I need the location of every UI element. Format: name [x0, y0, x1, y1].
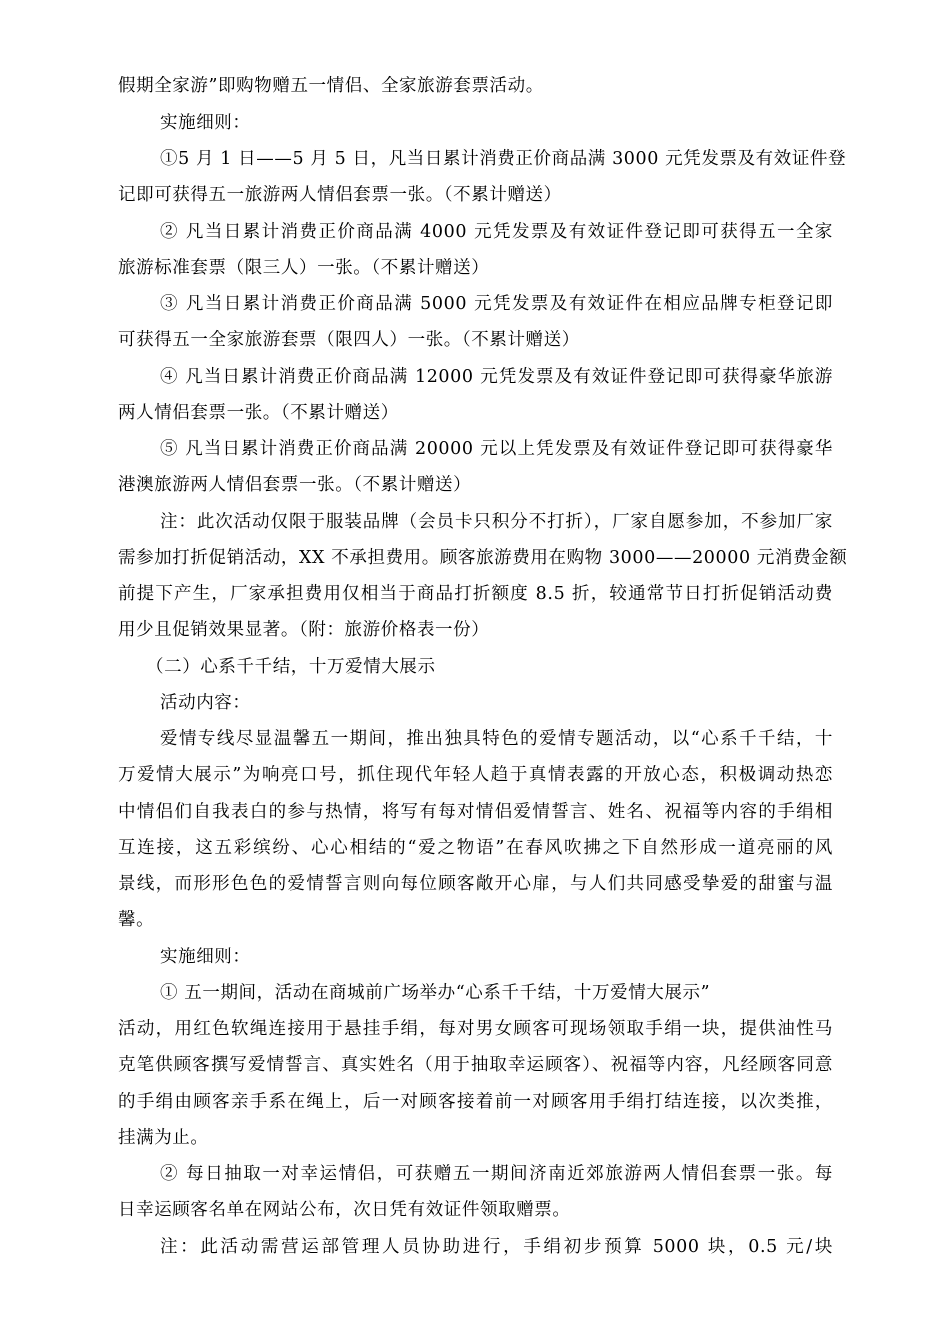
paragraph-line: 馨。: [118, 908, 833, 932]
paragraph-line: 爱情专线尽显温馨五一期间，推出独具特色的爱情专题活动，以“心系千千结，十: [160, 727, 833, 751]
paragraph-line: 用少且促销效果显著。（附：旅游价格表一份）: [118, 618, 833, 642]
paragraph-line: ② 凡当日累计消费正价商品满 4000 元凭发票及有效证件登记即可获得五一全家: [160, 220, 833, 244]
paragraph-line: 前提下产生，厂家承担费用仅相当于商品打折额度 8.5 折，较通常节日打折促销活动…: [118, 582, 833, 606]
paragraph-line: 假期全家游”即购物赠五一情侣、全家旅游套票活动。: [118, 74, 833, 98]
paragraph-line: 万爱情大展示”为响亮口号，抓住现代年轻人趋于真情表露的开放心态，积极调动热恋: [118, 763, 833, 787]
paragraph-line: 日幸运顾客名单在网站公布，次日凭有效证件领取赠票。: [118, 1198, 833, 1222]
paragraph-line: 互连接，这五彩缤纷、心心相结的“爱之物语”在春风吹拂之下自然形成一道亮丽的风: [118, 836, 833, 860]
paragraph-line: 可获得五一全家旅游套票（限四人）一张。（不累计赠送）: [118, 328, 833, 352]
paragraph-line: 注：此活动需营运部管理人员协助进行，手绢初步预算 5000 块，0.5 元/块: [160, 1235, 833, 1259]
paragraph-line: 中情侣们自我表白的参与热情，将写有每对情侣爱情誓言、姓名、祝福等内容的手绢相: [118, 800, 833, 824]
paragraph-line: 景线，而形形色色的爱情誓言则向每位顾客敞开心扉，与人们共同感受挚爱的甜蜜与温: [118, 872, 833, 896]
document-page: 假期全家游”即购物赠五一情侣、全家旅游套票活动。实施细则：①5 月 1 日——5…: [0, 0, 950, 1344]
paragraph-line: ① 五一期间，活动在商城前广场举办“心系千千结，十万爱情大展示”: [160, 981, 833, 1005]
paragraph-line: 需参加打折促销活动，XX 不承担费用。顾客旅游费用在购物 3000——20000…: [118, 546, 833, 570]
paragraph-line: 记即可获得五一旅游两人情侣套票一张。（不累计赠送）: [118, 183, 833, 207]
paragraph-line: 活动内容：: [160, 691, 833, 715]
paragraph-line: 克笔供顾客撰写爱情誓言、真实姓名（用于抽取幸运顾客）、祝福等内容，凡经顾客同意: [118, 1053, 833, 1077]
paragraph-line: 注：此次活动仅限于服装品牌（会员卡只积分不打折），厂家自愿参加，不参加厂家: [160, 510, 833, 534]
paragraph-line: 的手绢由顾客亲手系在绳上，后一对顾客接着前一对顾客用手绢打结连接，以次类推，: [118, 1090, 833, 1114]
paragraph-line: ③ 凡当日累计消费正价商品满 5000 元凭发票及有效证件在相应品牌专柜登记即: [160, 292, 833, 316]
paragraph-line: 活动，用红色软绳连接用于悬挂手绢，每对男女顾客可现场领取手绢一块，提供油性马: [118, 1017, 833, 1041]
paragraph-line: ② 每日抽取一对幸运情侣，可获赠五一期间济南近郊旅游两人情侣套票一张。每: [160, 1162, 833, 1186]
section-heading: （二）心系千千结，十万爱情大展示: [146, 655, 861, 679]
paragraph-line: 旅游标准套票（限三人）一张。（不累计赠送）: [118, 256, 833, 280]
paragraph-line: 实施细则：: [160, 111, 833, 135]
paragraph-line: ④ 凡当日累计消费正价商品满 12000 元凭发票及有效证件登记即可获得豪华旅游: [160, 365, 833, 389]
paragraph-line: ①5 月 1 日——5 月 5 日，凡当日累计消费正价商品满 3000 元凭发票…: [160, 147, 833, 171]
paragraph-line: 港澳旅游两人情侣套票一张。（不累计赠送）: [118, 473, 833, 497]
paragraph-line: 两人情侣套票一张。（不累计赠送）: [118, 401, 833, 425]
paragraph-line: 挂满为止。: [118, 1126, 833, 1150]
paragraph-line: ⑤ 凡当日累计消费正价商品满 20000 元以上凭发票及有效证件登记即可获得豪华: [160, 437, 833, 461]
paragraph-line: 实施细则：: [160, 945, 833, 969]
